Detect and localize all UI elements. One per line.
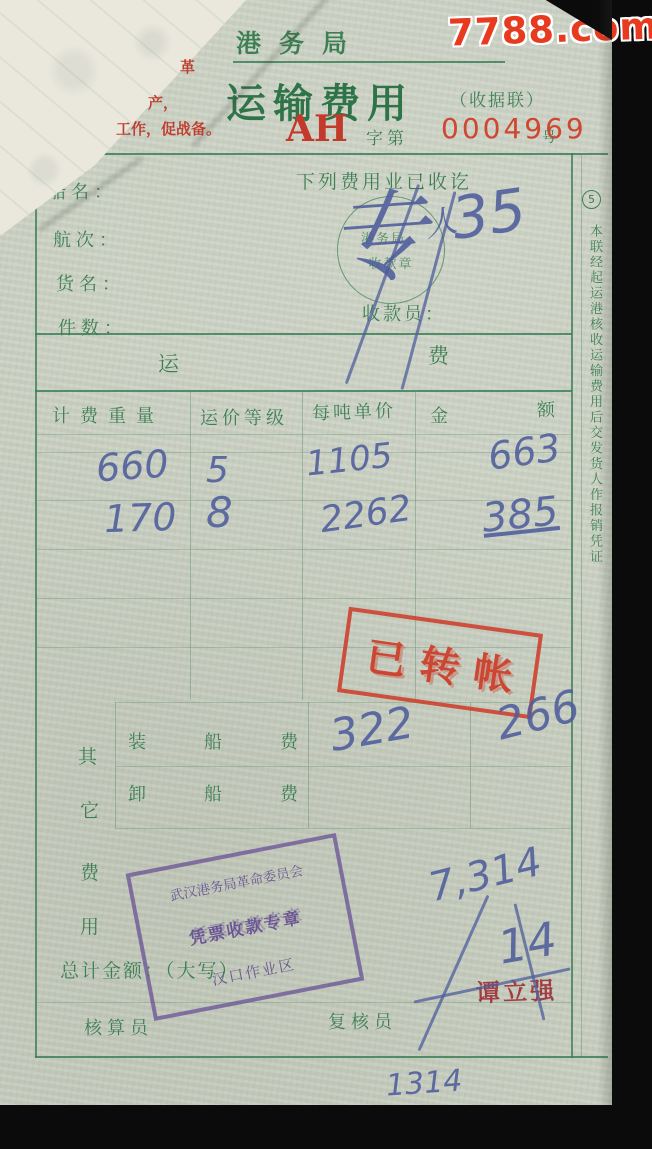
slogan-line1: 产， [148,92,178,113]
paper-edge-shade [598,0,612,1105]
form-bottom-rule [35,1056,608,1058]
column-divider [190,390,191,700]
hw-class-1: 5 [206,450,229,491]
hw-price-1: 1105 [304,436,394,485]
reviewer-label: 复核员 [328,1008,397,1034]
fees-mid-rule [115,766,572,767]
copy-label: （收据联） [450,86,545,111]
freight-section-right: 费 [428,340,449,370]
hw-loading-fee: 322 [326,697,418,762]
agency-underline [233,61,505,63]
fees-value-divider [308,702,309,828]
hw-class-2: 8 [206,488,233,537]
row-rule [36,549,571,550]
unloading-fee-label: 卸船费 [128,780,356,806]
section-rule [35,390,572,392]
hw-amount-2: 385 [480,488,561,542]
hw-bottom-note: 1314 [385,1063,464,1103]
hw-signature-number: 14 [494,911,561,974]
hw-price-2: 2262 [318,488,414,541]
accountant-label: 核算员 [84,1014,153,1040]
revolutionary-committee-stamp: 武汉港务局革命委员会 凭票收款专章 汉口作业区 [126,833,365,1021]
form-left-border [35,153,37,1058]
fees-value-divider [470,702,471,828]
purple-stamp-top: 武汉港务局革命委员会 [168,859,304,904]
other-fees-label-char: 它 [80,796,99,823]
col-unit-price: 每吨单价 [312,397,397,426]
loading-fee-label: 装船费 [128,728,356,754]
serial-number: 0004969 [441,112,587,145]
col-billing-weight: 计费重量 [52,402,164,428]
header-rule [35,153,608,155]
transferred-stamp-text: 已转帐 [349,623,531,704]
handwriting-ship-entry: 专 [323,157,431,304]
collector-site-watermark: 7788.com [447,4,652,54]
hw-weight-1: 660 [95,442,170,491]
total-amount-label: 总计金额：（大写） [60,956,240,983]
other-fees-label-char: 用 [80,912,99,939]
serial-suffix: 号 [542,127,556,147]
slogan-partial-char: 革 [180,56,195,77]
col-amount-left: 金 [430,402,448,428]
field-cargo-name: 货名： [56,270,125,296]
receipt-scan: 港务局 运输费用 （收据联） AH 字第 0004969 号 5 本联经起运港核… [0,0,652,1149]
series-label: 字第 [366,124,408,149]
fees-left-divider [115,702,116,828]
hw-amount-1: 663 [485,425,563,479]
margin-divider [581,153,582,1058]
field-piece-count: 件数： [58,314,127,340]
field-voyage: 航次： [53,226,122,252]
other-fees-label-char: 费 [80,858,99,885]
row-rule [36,598,571,599]
form-right-border [571,153,573,1058]
reviewer-name-seal: 谭立强 [475,971,557,1009]
column-divider [302,390,303,700]
freight-section-left: 运 [158,348,179,378]
slogan-line2: 工作，促战备。 [116,118,221,139]
fees-bottom-rule [115,828,572,829]
series-code: AH [286,108,348,150]
handwriting-number: 35 [448,175,531,253]
other-fees-label-char: 其 [78,742,97,769]
hw-weight-2: 170 [103,495,177,542]
purple-stamp-middle: 凭票收款专章 [187,903,304,949]
receipt-paper: 港务局 运输费用 （收据联） AH 字第 0004969 号 5 本联经起运港核… [0,0,612,1105]
col-amount-right: 额 [537,396,555,422]
col-rate-class: 运价等级 [200,404,288,430]
